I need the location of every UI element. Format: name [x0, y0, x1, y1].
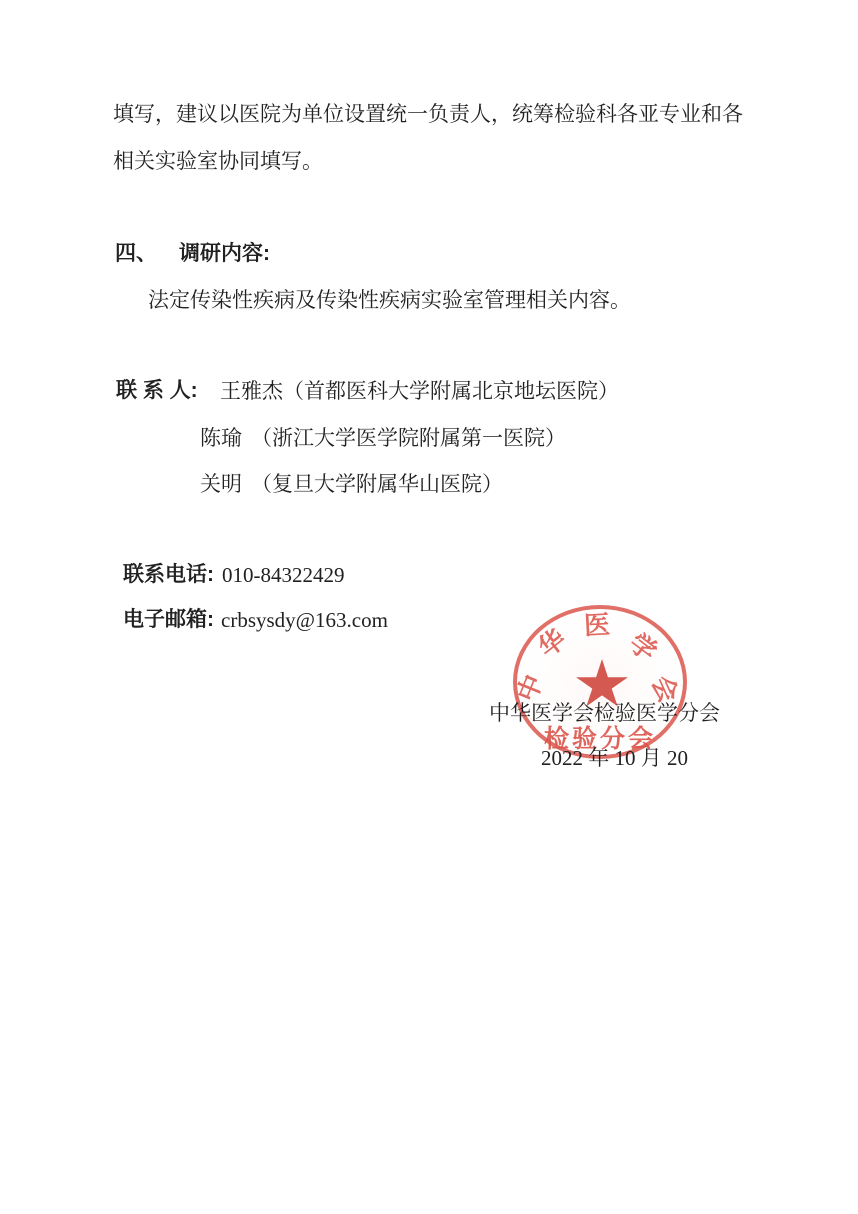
- phone-value: 010-84322429: [222, 562, 345, 588]
- contacts-label: 联 系 人:: [116, 378, 198, 404]
- contact-row: 陈瑜（浙江大学医学院附属第一医院）: [200, 425, 566, 451]
- contact-row: 关明（复旦大学附属华山医院）: [200, 471, 503, 497]
- signature-org: 中华医学会检验医学分会: [489, 700, 720, 726]
- contact-org: （复旦大学附属华山医院）: [251, 472, 503, 496]
- paragraph-line-2: 相关实验室协同填写。: [113, 148, 323, 174]
- section-heading: 四、调研内容:: [115, 241, 270, 267]
- section-title: 调研内容:: [179, 241, 270, 267]
- contact-org: （浙江大学医学院附属第一医院）: [251, 426, 566, 450]
- seal-arc-char: 医: [582, 610, 611, 639]
- section-number: 四、: [115, 242, 157, 265]
- section-body: 法定传染性疾病及传染性疾病实验室管理相关内容。: [148, 287, 631, 313]
- email-label: 电子邮箱:: [123, 607, 214, 633]
- document-page: 填写，建议以医院为单位设置统一负责人，统筹检验科各亚专业和各 相关实验室协同填写…: [0, 0, 858, 1214]
- contact-name: 王雅杰: [220, 378, 283, 404]
- phone-label: 联系电话:: [123, 562, 214, 588]
- paragraph-line-1: 填写，建议以医院为单位设置统一负责人，统筹检验科各亚专业和各: [113, 101, 743, 127]
- contact-name: 陈瑜: [200, 425, 251, 451]
- official-seal: 中 华 医 学 会 检验分会: [513, 605, 687, 759]
- contact-row: 王雅杰（首都医科大学附属北京地坛医院）: [220, 378, 619, 404]
- email-value: crbsysdy@163.com: [221, 607, 388, 633]
- contact-name: 关明: [200, 471, 251, 497]
- contact-org: （首都医科大学附属北京地坛医院）: [283, 379, 619, 403]
- signature-date: 2022 年 10 月 20: [541, 745, 688, 771]
